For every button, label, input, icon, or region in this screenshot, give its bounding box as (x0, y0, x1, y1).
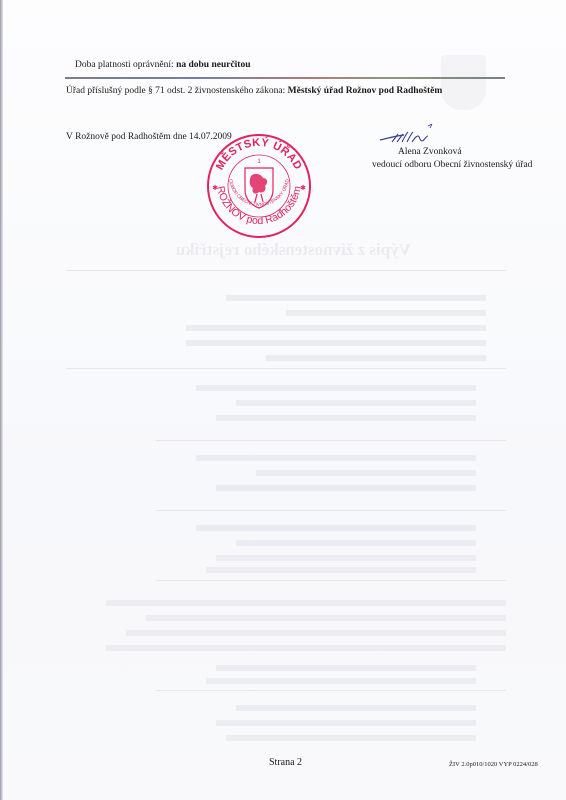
document-page: Výpis z živnostenského rejstříku Doba p (0, 0, 566, 800)
svg-text:✱: ✱ (300, 184, 306, 192)
svg-text:✱: ✱ (212, 184, 218, 192)
authority-label: Úřad příslušný podle § 71 odst. 2 živnos… (66, 86, 288, 96)
stamp-number: 1 (257, 159, 261, 165)
separator-line (65, 77, 505, 79)
signer-name: Alena Zvonková (398, 147, 462, 157)
ghost-title: Výpis z živnostenského rejstříku (176, 240, 411, 260)
page-number: Strana 2 (269, 757, 302, 768)
validity-line: Doba platnosti oprávnění: na dobu neurči… (75, 60, 251, 70)
scan-edge (0, 0, 3, 800)
svg-text:MĚSTSKÝ ÚŘAD: MĚSTSKÝ ÚŘAD (214, 136, 304, 172)
validity-value: na dobu neurčitou (176, 60, 250, 70)
official-stamp-icon: MĚSTSKÝ ÚŘAD ROŽNOV pod Radhoštěm ODBOR … (205, 132, 313, 240)
authority-value: Městský úřad Rožnov pod Radhoštěm (288, 86, 443, 96)
stamp-top-text: MĚSTSKÝ ÚŘAD (214, 136, 304, 172)
bleed-through: Výpis z živnostenského rejstříku (0, 0, 566, 800)
validity-label: Doba platnosti oprávnění: (75, 60, 176, 70)
document-code: ŽIV 2.0p010/1020 VYP 0224/028 (449, 761, 538, 768)
signer-title: vedoucí odboru Obecní živnostenský úřad (372, 160, 532, 170)
ghost-crest-icon (441, 55, 486, 110)
signature-icon (378, 124, 438, 148)
authority-line: Úřad příslušný podle § 71 odst. 2 živnos… (66, 86, 442, 96)
